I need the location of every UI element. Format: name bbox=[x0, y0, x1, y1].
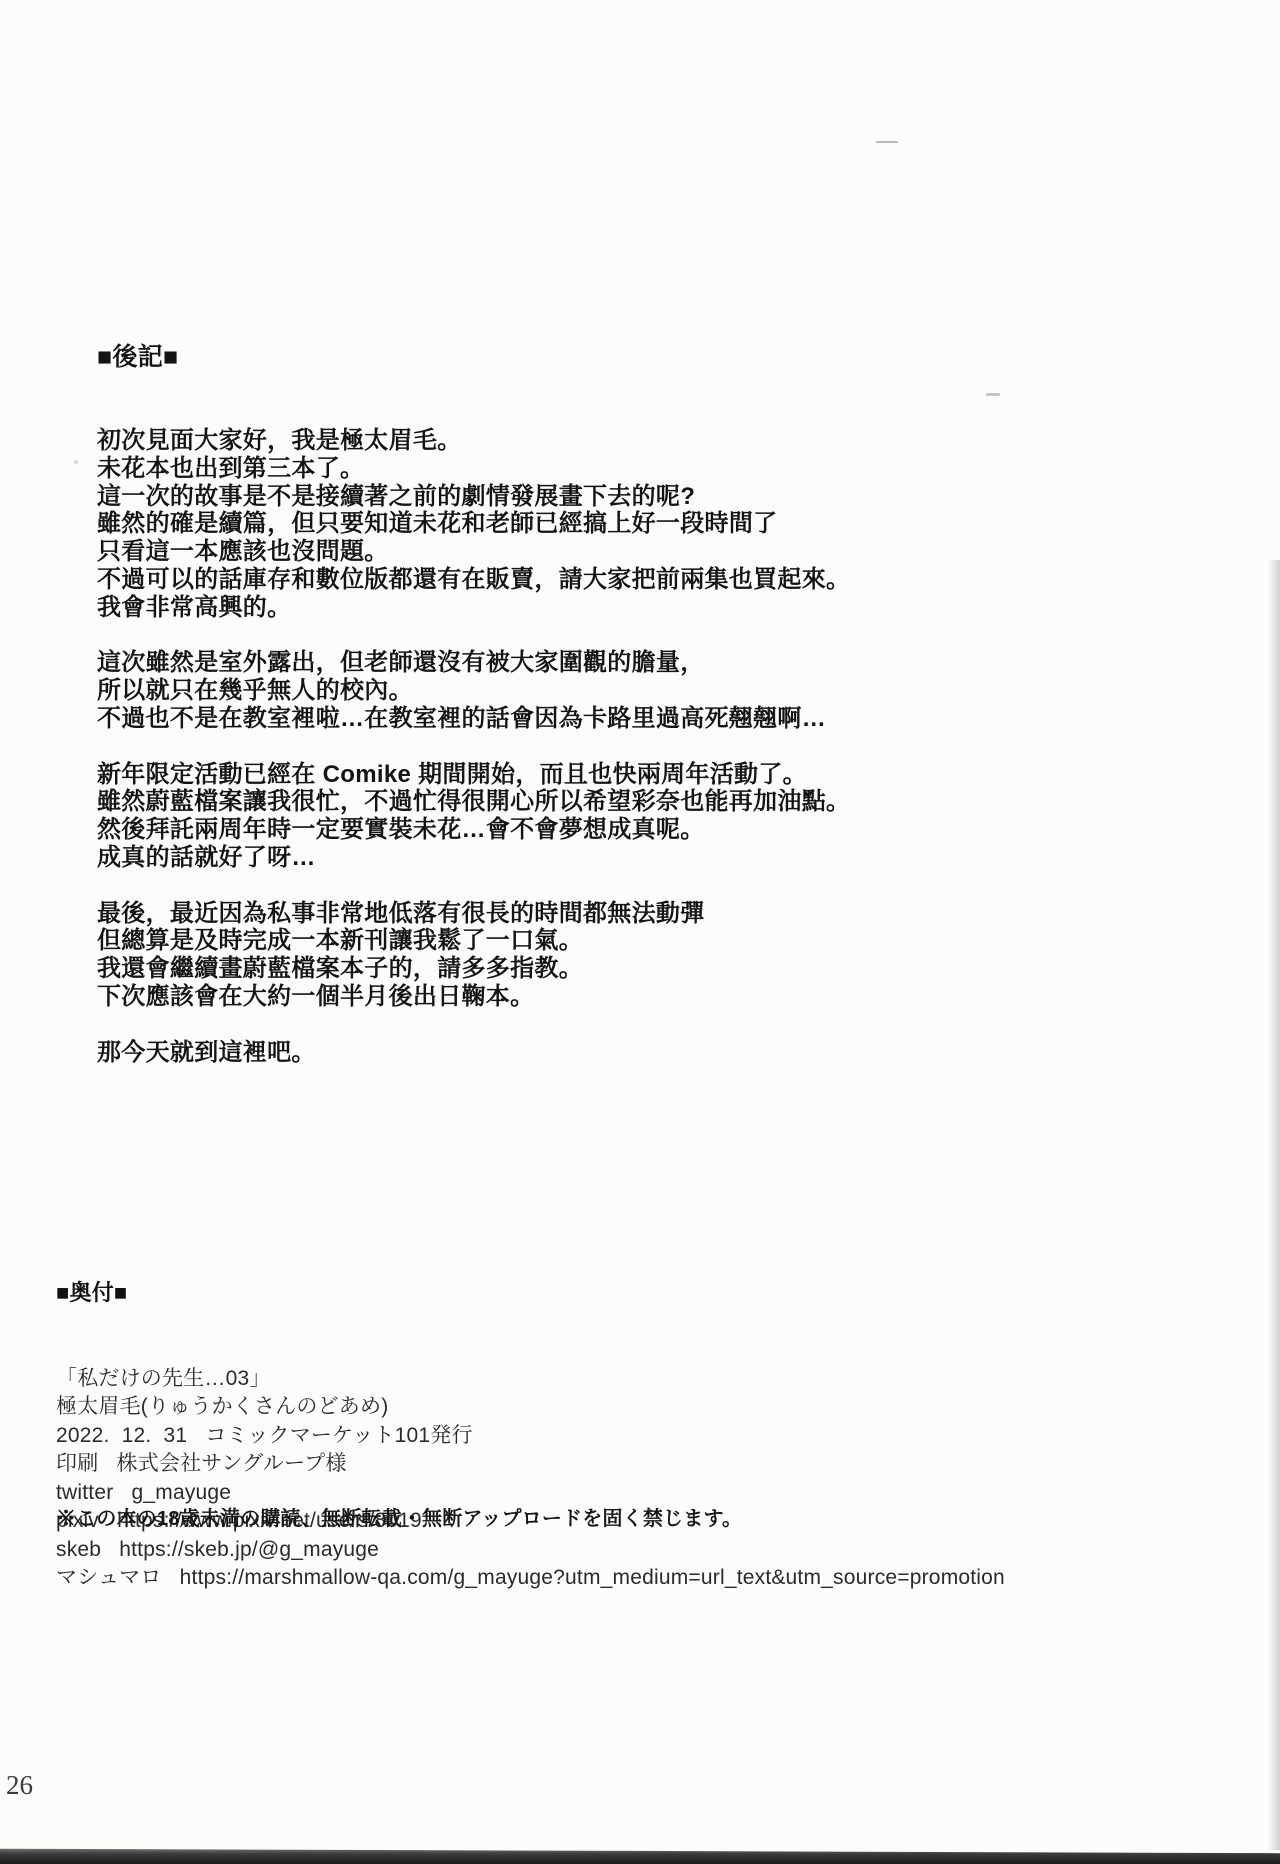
text-line: 那今天就到這裡吧。 bbox=[97, 1039, 850, 1067]
scan-speck bbox=[986, 393, 1000, 396]
text-line: 不過可以的話庫存和數位版都還有在販賣，請大家把前兩集也買起來。 bbox=[97, 566, 850, 594]
text-line: 雖然的確是續篇，但只要知道未花和老師已經搞上好一段時間了 bbox=[97, 510, 850, 538]
age-restriction-disclaimer: ※この本の18歳未満の購読、無断転載・無断アップロードを固く禁じます。 bbox=[56, 1502, 742, 1531]
scan-page: ■後記■ 初次見面大家好，我是極太眉毛。未花本也出到第三本了。這一次的故事是不是… bbox=[0, 0, 1280, 1864]
scan-edge-right bbox=[1268, 560, 1280, 1850]
text-line: 成真的話就好了呀… bbox=[97, 844, 850, 872]
text-line: 印刷 株式会社サングループ様 bbox=[56, 1450, 1005, 1479]
text-line: 最後，最近因為私事非常地低落有很長的時間都無法動彈 bbox=[97, 900, 850, 928]
text-line: 不過也不是在教室裡啦…在教室裡的話會因為卡路里過高死翹翹啊… bbox=[97, 705, 850, 733]
text-line: マシュマロ https://marshmallow-qa.com/g_mayug… bbox=[56, 1564, 1005, 1593]
text-line: 然後拜託兩周年時一定要實裝未花…會不會夢想成真呢。 bbox=[97, 816, 850, 844]
colophon-section: ■奥付■ 「私だけの先生…03」極太眉毛(りゅうかくさんのどあめ)2022. 1… bbox=[56, 1222, 1005, 1650]
text-line: 但總算是及時完成一本新刊讓我鬆了一口氣。 bbox=[97, 927, 850, 955]
text-line: 雖然蔚藍檔案讓我很忙，不過忙得很開心所以希望彩奈也能再加油點。 bbox=[97, 788, 850, 816]
colophon-lines: 「私だけの先生…03」極太眉毛(りゅうかくさんのどあめ)2022. 12. 31… bbox=[56, 1365, 1005, 1593]
colophon-heading: ■奥付■ bbox=[56, 1279, 1005, 1308]
scan-speck bbox=[876, 141, 898, 143]
text-line: 只看這一本應該也沒問題。 bbox=[97, 538, 850, 566]
text-line: 這次雖然是室外露出，但老師還沒有被大家圍觀的膽量， bbox=[97, 649, 850, 677]
text-line: 「私だけの先生…03」 bbox=[56, 1365, 1005, 1394]
afterword-lines: 初次見面大家好，我是極太眉毛。未花本也出到第三本了。這一次的故事是不是接續著之前… bbox=[97, 427, 850, 1066]
text-line: 未花本也出到第三本了。 bbox=[97, 455, 850, 483]
text-line: 所以就只在幾乎無人的校內。 bbox=[97, 677, 850, 705]
text-line: 2022. 12. 31 コミックマーケット101発行 bbox=[56, 1422, 1005, 1451]
text-line: 我還會繼續畫蔚藍檔案本子的，請多多指教。 bbox=[97, 955, 850, 983]
afterword-heading: ■後記■ bbox=[97, 344, 850, 372]
text-line: 這一次的故事是不是接續著之前的劇情發展畫下去的呢? bbox=[97, 483, 850, 511]
scan-speck bbox=[74, 460, 78, 464]
afterword-section: ■後記■ 初次見面大家好，我是極太眉毛。未花本也出到第三本了。這一次的故事是不是… bbox=[97, 288, 850, 1122]
scan-edge-bottom bbox=[0, 1846, 1280, 1864]
text-line: 極太眉毛(りゅうかくさんのどあめ) bbox=[56, 1393, 1005, 1422]
text-line: skeb https://skeb.jp/@g_mayuge bbox=[56, 1536, 1005, 1565]
page-number: 26 bbox=[6, 1770, 33, 1801]
text-line: 新年限定活動已經在 Comike 期間開始，而且也快兩周年活動了。 bbox=[97, 761, 850, 789]
text-line: 初次見面大家好，我是極太眉毛。 bbox=[97, 427, 850, 455]
text-line: 我會非常高興的。 bbox=[97, 594, 850, 622]
text-line: 下次應該會在大約一個半月後出日鞠本。 bbox=[97, 983, 850, 1011]
